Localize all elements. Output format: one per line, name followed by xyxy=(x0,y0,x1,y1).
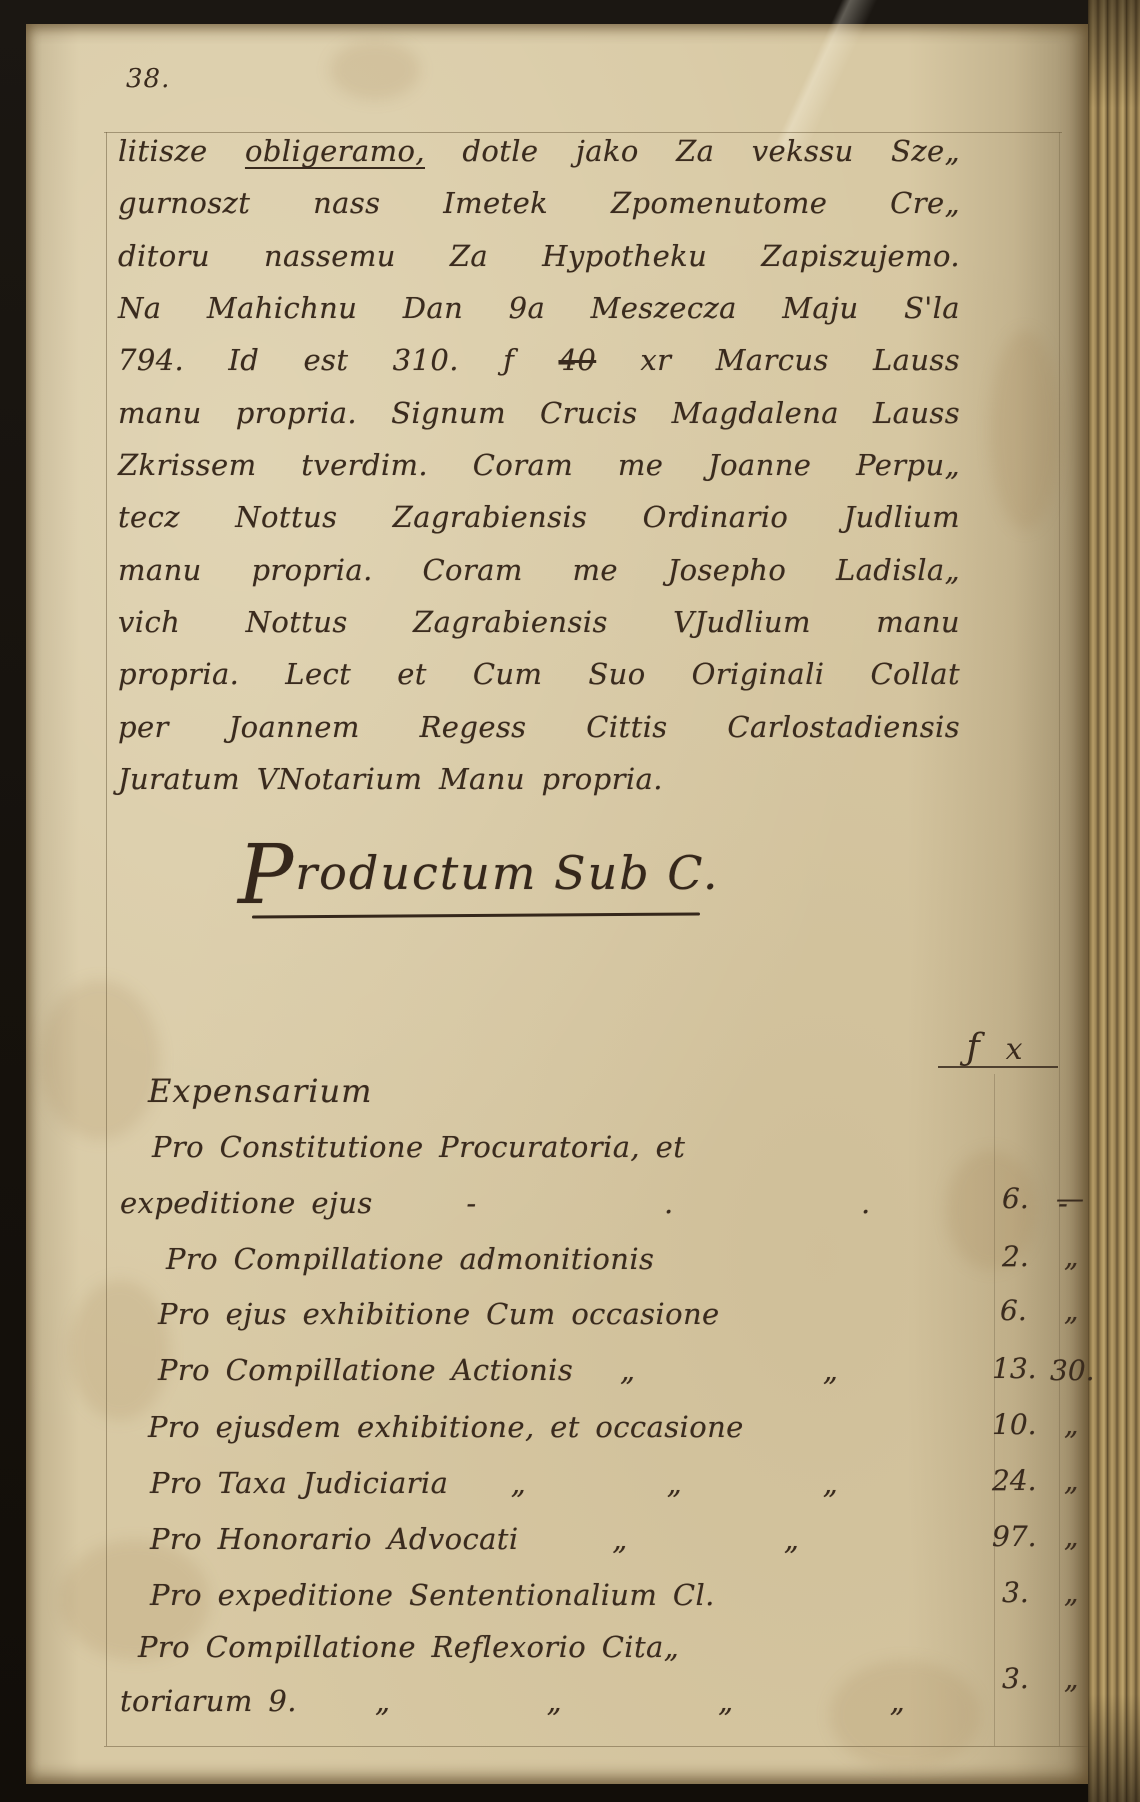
heading-initial: P xyxy=(238,828,295,923)
florin-amount: 6. xyxy=(1000,1294,1027,1327)
kreuzer-amount: 30. xyxy=(1050,1354,1095,1387)
florin-amount: 6. xyxy=(1002,1182,1029,1215)
manuscript-line: ditoru nassemu Za Hypotheku Zapiszujemo. xyxy=(118,239,960,291)
kreuzer-amount: „ xyxy=(1064,1240,1079,1273)
heading-rest: roductum Sub C. xyxy=(295,846,719,900)
expense-row-label: expeditione ejus - . . - xyxy=(120,1186,1068,1220)
expense-row-label: Pro Compillatione Reflexorio Cita„ xyxy=(138,1630,679,1664)
line5-post: xr Marcus Lauss xyxy=(596,343,960,377)
manuscript-line: manu propria. Signum Crucis Magdalena La… xyxy=(118,396,960,448)
paper-crease xyxy=(742,0,892,152)
kreuzer-amount: „ xyxy=(1064,1662,1079,1695)
manuscript-page-scan: 38. litisze obligeramo, dotle jako Za ve… xyxy=(0,0,1140,1802)
expense-row-label: Pro Constitutione Procuratoria, et xyxy=(152,1130,685,1164)
florin-amount: 3. xyxy=(1002,1662,1029,1695)
margin-rule-right xyxy=(1059,132,1060,1746)
currency-header-underline xyxy=(938,1066,1058,1068)
manuscript-line: litisze obligeramo, dotle jako Za vekssu… xyxy=(118,134,960,186)
book-fore-edge xyxy=(1088,0,1140,1802)
manuscript-line: propria. Lect et Cum Suo Originali Colla… xyxy=(118,657,960,709)
manuscript-line: tecz Nottus Zagrabiensis Ordinario Judli… xyxy=(118,500,960,552)
expense-section-label: Expensarium xyxy=(148,1072,372,1110)
frame-rule-left xyxy=(106,132,107,1746)
manuscript-line: manu propria. Coram me Josepho Ladisla„ xyxy=(118,553,960,605)
expense-row-label: Pro Honorario Advocati „ „ xyxy=(150,1522,799,1556)
expense-row-label: Pro ejus exhibitione Cum occasione xyxy=(158,1297,720,1331)
underlined-word: obligeramo, xyxy=(245,134,425,168)
manuscript-line: Juratum VNotarium Manu propria. xyxy=(118,762,960,814)
page-number: 38. xyxy=(126,64,170,94)
paper-stain xyxy=(330,40,420,100)
manuscript-line: Na Mahichnu Dan 9a Meszecza Maju S'la xyxy=(118,291,960,343)
manuscript-line: gurnoszt nass Imetek Zpomenutome Cre„ xyxy=(118,186,960,238)
expense-row-label: toriarum 9. „ „ „ „ xyxy=(120,1684,905,1718)
florin-amount: 97. xyxy=(992,1520,1037,1553)
florin-amount: 13. xyxy=(992,1352,1037,1385)
florin-amount: 24. xyxy=(992,1464,1037,1497)
line1-post: dotle jako Za vekssu Sze„ xyxy=(425,134,960,168)
kreuzer-amount: „ xyxy=(1064,1408,1079,1441)
kreuzer-amount: „ xyxy=(1064,1464,1079,1497)
kreuzer-amount: „ xyxy=(1064,1294,1079,1327)
kreuzer-amount: „ xyxy=(1064,1576,1079,1609)
expense-row-label: Pro expeditione Sententionalium Cl. xyxy=(150,1578,715,1612)
manuscript-line: 794. Id est 310. ƒ 40 xr Marcus Lauss xyxy=(118,343,960,395)
florin-amount: 2. xyxy=(1002,1240,1029,1273)
currency-column-header: ƒx xyxy=(946,1008,1023,1087)
expense-row-label: Pro Compillatione admonitionis xyxy=(166,1242,654,1276)
manuscript-line: vich Nottus Zagrabiensis VJudlium manu xyxy=(118,605,960,657)
line1-pre: litisze xyxy=(118,134,245,168)
line5-pre: 794. Id est 310. ƒ xyxy=(118,343,558,377)
florin-symbol: ƒ xyxy=(966,1027,979,1068)
paper-stain xyxy=(40,980,160,1140)
manuscript-line: per Joannem Regess Cittis Carlostadiensi… xyxy=(118,710,960,762)
kreuzer-amount: — xyxy=(1056,1182,1084,1215)
frame-rule-top xyxy=(104,132,1062,133)
frame-rule-bottom xyxy=(104,1746,1088,1747)
expense-row-label: Pro ejusdem exhibitione, et occasione xyxy=(148,1410,744,1444)
kreuzer-amount: „ xyxy=(1064,1520,1079,1553)
florin-amount: 3. xyxy=(1002,1576,1029,1609)
kreuzer-symbol: x xyxy=(1006,1032,1023,1067)
paper-stain xyxy=(990,330,1060,530)
expense-row-label: Pro Taxa Judiciaria „ „ „ xyxy=(150,1466,838,1500)
struck-amount: 40 xyxy=(558,343,596,377)
expense-row-label: Pro Compillatione Actionis „ „ xyxy=(158,1353,838,1387)
florin-amount: 10. xyxy=(992,1408,1037,1441)
paper-stain xyxy=(70,1280,170,1420)
manuscript-line: Zkrissem tverdim. Coram me Joanne Perpu„ xyxy=(118,448,960,500)
